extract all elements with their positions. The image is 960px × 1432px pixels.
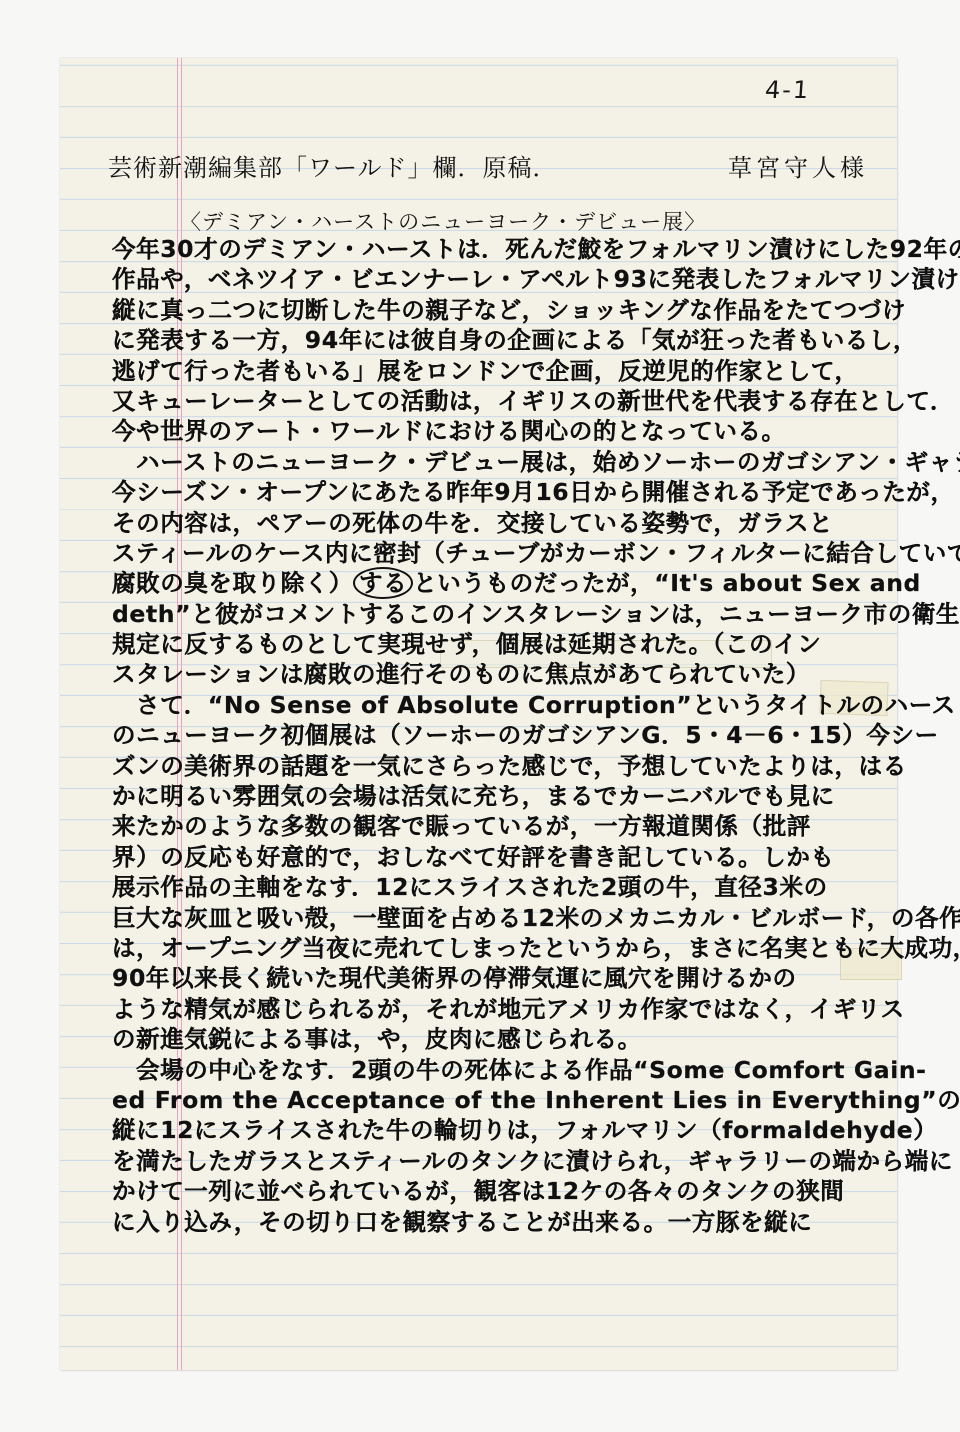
manuscript-line: スティールのケース内に密封（チューブがカーボン・フィルターに結合していて	[112, 538, 892, 568]
manuscript-line: 今シーズン・オープンにあたる昨年9月16日から開催される予定であったが，	[112, 477, 892, 507]
manuscript-line: のニューヨーク初個展は（ソーホーのガゴシアンG．5・4－6・15）今シー	[112, 720, 892, 750]
manuscript-line: 来たかのような多数の観客で賑っているが，一方報道関係（批評	[112, 811, 892, 841]
manuscript-line: は，オープニング当夜に売れてしまったというから，まさに名実ともに大成功，	[112, 933, 892, 963]
manuscript-line: 巨大な灰皿と吸い殻，一壁面を占める12米のメカニカル・ビルボード，の各作品	[112, 903, 892, 933]
manuscript-line: ed From the Acceptance of the Inherent L…	[112, 1085, 892, 1115]
manuscript-line: 会場の中心をなす．2頭の牛の死体による作品“Some Comfort Gain-	[112, 1055, 892, 1085]
manuscript-line: さて．“No Sense of Absolute Corruption”というタ…	[112, 690, 892, 720]
manuscript-body: 今年30才のデミアン・ハーストは．死んだ鮫をフォルマリン漬けにした92年の作品や…	[112, 234, 892, 1237]
manuscript-line: ような精気が感じられるが，それが地元アメリカ作家ではなく，イギリス	[112, 994, 892, 1024]
manuscript-line: ハーストのニューヨーク・デビュー展は，始めソーホーのガゴシアン・ギャラリーで	[112, 447, 892, 477]
manuscript-line: 縦に12にスライスされた牛の輪切りは，フォルマリン（formaldehyde）	[112, 1115, 892, 1145]
header-publication: 芸術新潮編集部「ワールド」欄．原稿．	[108, 148, 558, 183]
manuscript-line: 逃げて行った者もいる」展をロンドンで企画，反逆児的作家として，	[112, 356, 892, 386]
manuscript-line: 腐敗の臭を取り除く）するというものだったが，“It's about Sex an…	[112, 568, 892, 598]
manuscript-line: その内容は，ペアーの死体の牛を．交接している姿勢で，ガラスと	[112, 508, 892, 538]
manuscript-line: かに明るい雰囲気の会場は活気に充ち，まるでカーニバルでも見に	[112, 781, 892, 811]
manuscript-line: ズンの美術界の話題を一気にさらった感じで，予想していたよりは，はる	[112, 751, 892, 781]
manuscript-line: かけて一列に並べられているが，観客は12ケの各々のタンクの狭間	[112, 1176, 892, 1206]
manuscript-line: 今や世界のアート・ワールドにおける関心の的となっている。	[112, 416, 892, 446]
page-number: 4-1	[764, 76, 811, 104]
article-title: 〈デミアン・ハーストのニューヨーク・デビュー展〉	[180, 206, 706, 236]
header-addressee: 草宮守人様	[728, 148, 868, 183]
manuscript-line: 界）の反応も好意的で，おしなべて好評を書き記している。しかも	[112, 842, 892, 872]
manuscript-line: 又キューレーターとしての活動は，イギリスの新世代を代表する存在として．	[112, 386, 892, 416]
manuscript-line: に発表する一方，94年には彼自身の企画による「気が狂った者もいるし，	[112, 325, 892, 355]
circled-insertion: する	[353, 567, 413, 599]
manuscript-line: deth”と彼がコメントするこのインスタレーションは，ニューヨーク市の衛生	[112, 599, 892, 629]
manuscript-line: 展示作品の主軸をなす．12にスライスされた2頭の牛，直径3米の	[112, 872, 892, 902]
manuscript-line: を満たしたガラスとスティールのタンクに漬けられ，ギャラリーの端から端に	[112, 1146, 892, 1176]
manuscript-line: 縦に真っ二つに切断した牛の親子など，ショッキングな作品をたてつづけ	[112, 295, 892, 325]
manuscript-line: 90年以来長く続いた現代美術界の停滞気運に風穴を開けるかの	[112, 963, 892, 993]
manuscript-line: 今年30才のデミアン・ハーストは．死んだ鮫をフォルマリン漬けにした92年の	[112, 234, 892, 264]
manuscript-header: 芸術新潮編集部「ワールド」欄．原稿． 草宮守人様	[108, 148, 868, 184]
manuscript-line: の新進気鋭による事は，や，皮肉に感じられる。	[112, 1024, 892, 1054]
manuscript-line: に入り込み，その切り口を観察することが出来る。一方豚を縦に	[112, 1207, 892, 1237]
manuscript-line: スタレーションは腐敗の進行そのものに焦点があてられていた）	[112, 659, 892, 689]
manuscript-page: 4-1 芸術新潮編集部「ワールド」欄．原稿． 草宮守人様 〈デミアン・ハーストの…	[60, 58, 897, 1370]
manuscript-line: 作品や，ベネツイア・ビエンナーレ・アペルト93に発表したフォルマリン漬けの	[112, 264, 892, 294]
manuscript-line: 規定に反するものとして実現せず，個展は延期された。（このイン	[112, 629, 892, 659]
